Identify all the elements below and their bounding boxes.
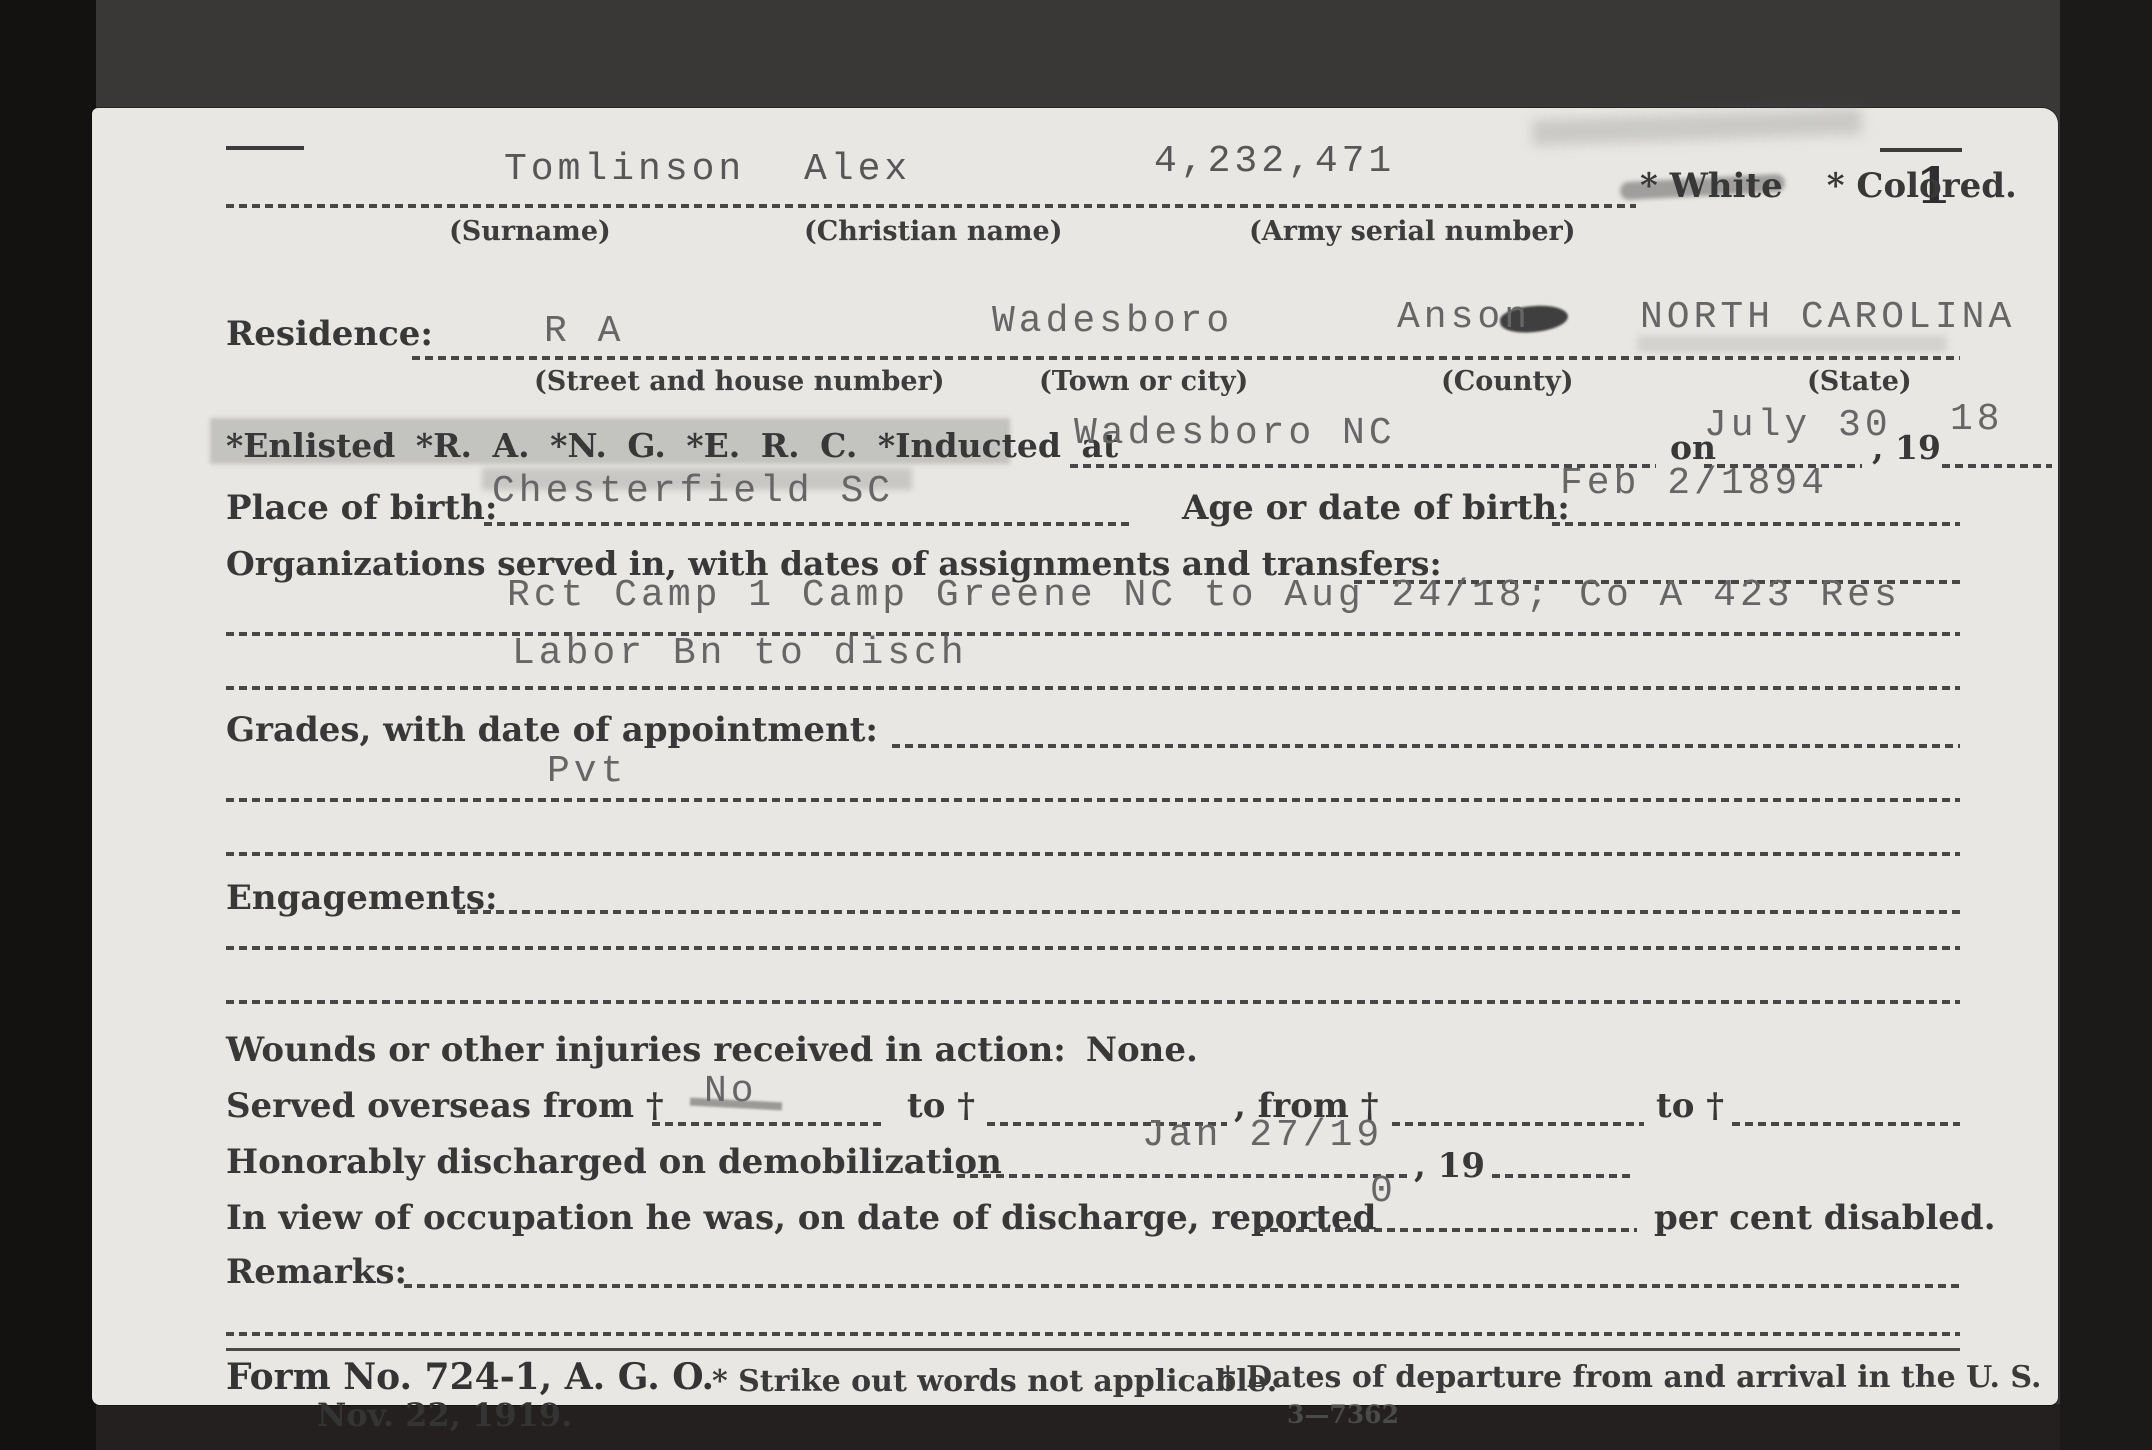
field-organizations-line2-value: Labor Bn to disch: [512, 632, 968, 675]
inducted-year-prefix: , 19: [1872, 428, 1941, 467]
field-inducted-date-value: July 30: [1704, 404, 1892, 447]
field-birth-date-value: Feb 2/1894: [1560, 462, 1828, 505]
top-left-dash: [226, 146, 304, 150]
enlisted-inducted-label: *Enlisted *R. A. *N. G. *E. R. C. *Induc…: [226, 426, 1118, 465]
dotted-line: [226, 204, 1636, 208]
dotted-line: [226, 1000, 1960, 1004]
wounds-label: Wounds or other injuries received in act…: [226, 1030, 1066, 1070]
field-disabled-percent-value: 0: [1370, 1170, 1397, 1213]
field-county-value: Anson: [1397, 296, 1531, 339]
overseas-label: Served overseas from †: [226, 1086, 664, 1126]
residence-label: Residence:: [226, 314, 433, 354]
field-organizations-line1-value: Rct Camp 1 Camp Greene NC to Aug 24/18; …: [507, 574, 1901, 617]
field-state-value: NORTH CAROLINA: [1640, 296, 2015, 339]
dotted-line: [1942, 464, 2052, 468]
race-colored-label: * Colored.: [1827, 166, 2017, 206]
state-caption: (State): [1807, 366, 1912, 397]
dotted-line: [1392, 1122, 1644, 1126]
dotted-line: [957, 1174, 1407, 1178]
field-inducted-place-value: Wadesboro NC: [1074, 412, 1396, 455]
disabled-label: In view of occupation he was, on date of…: [226, 1198, 1376, 1238]
dotted-line: [457, 910, 1960, 914]
dotted-line: [226, 1332, 1960, 1336]
pencil-smudge-top: [1532, 108, 1863, 146]
form-date: Nov. 22, 1919.: [317, 1396, 572, 1434]
print-code: 3—7362: [1287, 1400, 1399, 1429]
county-caption: (County): [1441, 366, 1573, 397]
field-town-value: Wadesboro: [992, 300, 1233, 343]
dotted-line: [1492, 1174, 1632, 1178]
dotted-line: [404, 1284, 1960, 1288]
dotted-line: [484, 522, 1132, 526]
overseas-to1-label: to †: [907, 1086, 975, 1126]
grades-label: Grades, with date of appointment:: [226, 710, 878, 750]
birth-date-label: Age or date of birth:: [1182, 488, 1570, 528]
serial-number-caption: (Army serial number): [1249, 216, 1576, 247]
christian-name-caption: (Christian name): [804, 216, 1062, 247]
field-serial-number-value: 4,232,471: [1154, 140, 1395, 183]
footer-rule: [226, 1348, 1960, 1351]
dotted-line: [226, 946, 1960, 950]
field-inducted-year-value: 18: [1950, 398, 2004, 441]
dotted-line: [226, 632, 1960, 636]
film-edge-left: [0, 0, 96, 1450]
page-number-overline: [1880, 148, 1962, 152]
surname-caption: (Surname): [449, 216, 611, 247]
service-record-card: 1 Tomlinson Alex 4,232,471 * White * Col…: [92, 108, 2058, 1405]
strike-out-note: * Strike out words not applicable.: [712, 1364, 1277, 1399]
race-white-label: * White: [1640, 166, 1783, 206]
birthplace-label: Place of birth:: [226, 488, 497, 528]
field-christian-name-value: Alex: [804, 148, 911, 191]
field-birthplace-value: Chesterfield SC: [492, 470, 894, 513]
dotted-line: [1732, 1122, 1960, 1126]
dotted-line: [1552, 522, 1960, 526]
field-discharge-date-value: Jan 27/19: [1142, 1114, 1383, 1157]
dotted-line: [652, 1122, 882, 1126]
dotted-line: [226, 686, 1960, 690]
disabled-suffix-label: per cent disabled.: [1654, 1198, 1996, 1238]
remarks-label: Remarks:: [226, 1252, 407, 1292]
dotted-line: [226, 798, 1960, 802]
dotted-line: [226, 852, 1960, 856]
discharge-year-prefix: , 19: [1414, 1146, 1485, 1186]
wounds-row: Wounds or other injuries received in act…: [226, 1030, 1198, 1070]
wounds-value: None.: [1086, 1030, 1198, 1070]
dotted-line: [412, 356, 1960, 360]
scanned-record-screen: 1 Tomlinson Alex 4,232,471 * White * Col…: [0, 0, 2152, 1450]
field-surname-value: Tomlinson: [504, 148, 745, 191]
race-labels: * White * Colored.: [1640, 166, 2017, 206]
town-caption: (Town or city): [1039, 366, 1248, 397]
form-number: Form No. 724-1, A. G. O.: [226, 1356, 714, 1398]
overseas-to2-label: to †: [1656, 1086, 1724, 1126]
dotted-line: [892, 744, 1960, 748]
discharge-label: Honorably discharged on demobilization: [226, 1142, 1002, 1182]
field-street-value: R A: [544, 310, 624, 353]
film-edge-right: [2060, 0, 2152, 1450]
dotted-line: [1257, 1228, 1637, 1232]
dagger-note: † Dates of departure from and arrival in…: [1220, 1360, 2041, 1395]
field-grade-value: Pvt: [547, 750, 627, 793]
street-caption: (Street and house number): [534, 366, 945, 397]
field-overseas-from1-value: No: [704, 1070, 758, 1113]
